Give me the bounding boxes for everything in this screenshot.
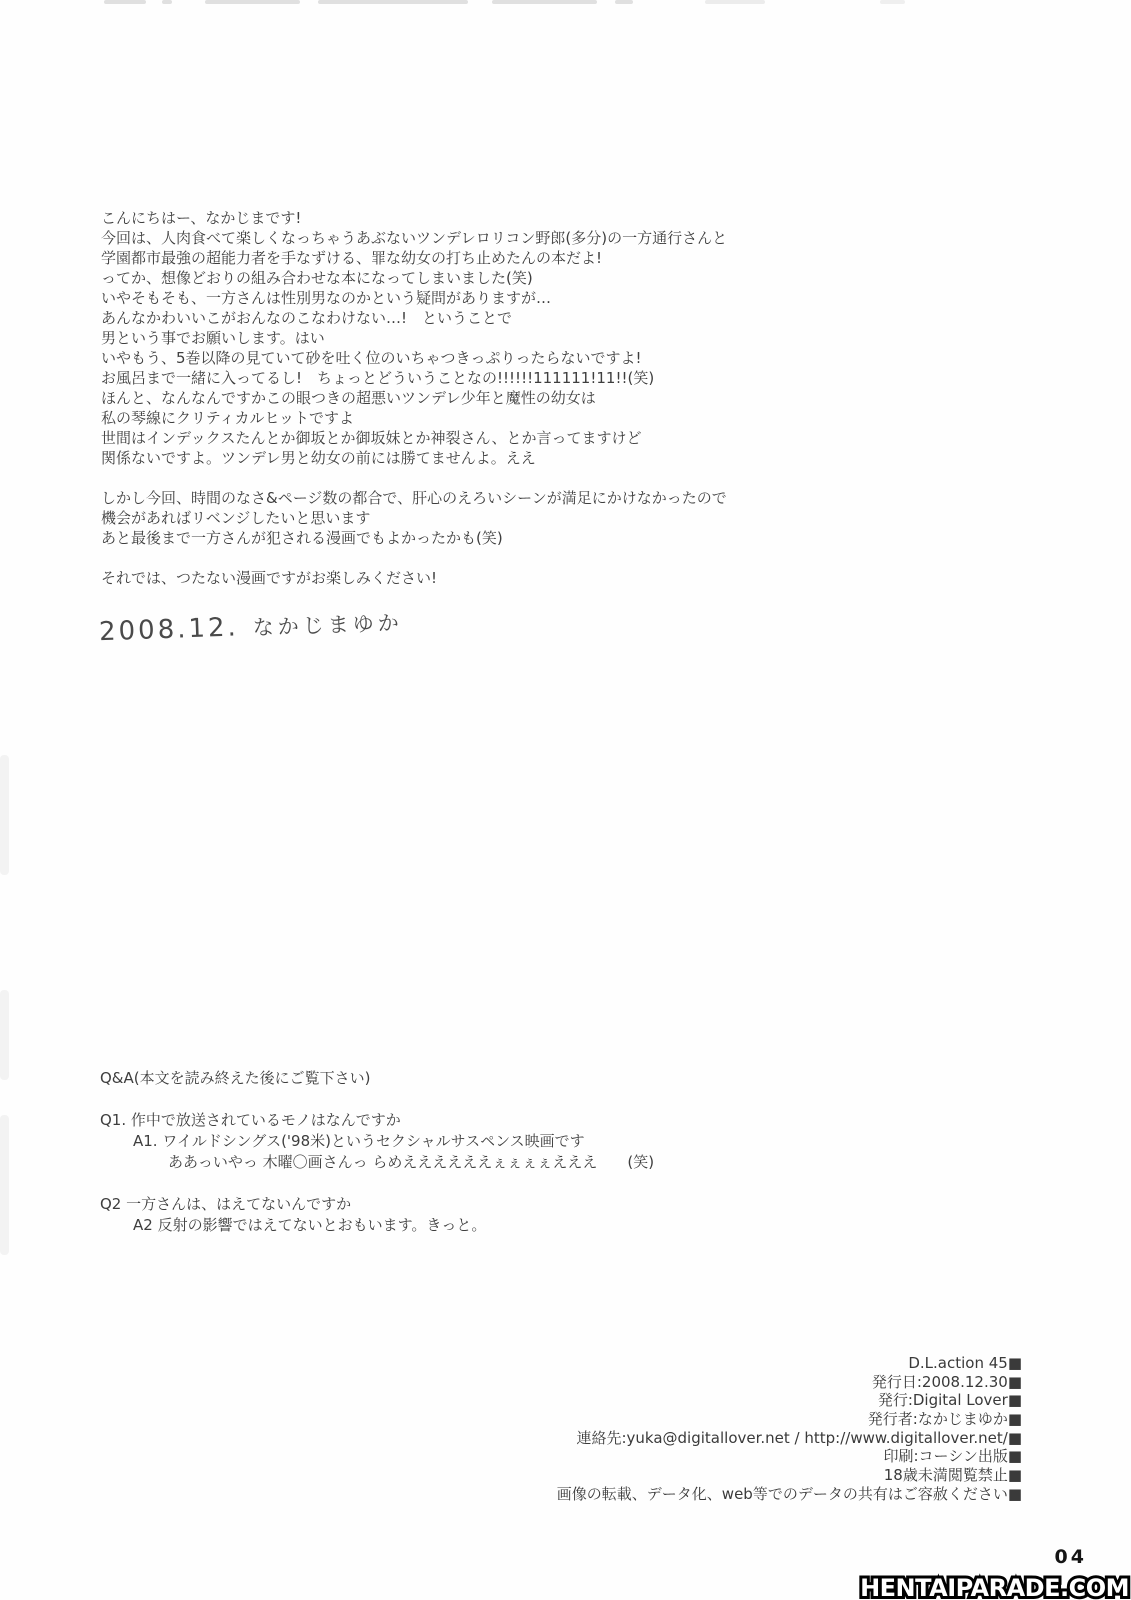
afterword-line: 関係ないですよ。ツンデレ男と幼女の前には勝てませんよ。ええ [101, 448, 727, 468]
qa-line [100, 1173, 654, 1194]
afterword-line: 男という事でお願いします。はい [101, 328, 727, 348]
qa-line: A1. ワイルドシングス('98米)というセクシャルサスペンス映画です [100, 1131, 654, 1152]
qa-line: Q&A(本文を読み終えた後にご覧下さい) [100, 1068, 654, 1089]
afterword-line: お風呂まで一緒に入ってるし! ちょっとどういうことなの!!!!!!111111!… [101, 368, 727, 388]
afterword-line: いやそもそも、一方さんは性別男なのかという疑問がありますが… [101, 288, 727, 308]
afterword-line [101, 548, 727, 568]
colophon-line: 18歳未満閲覧禁止■ [557, 1466, 1022, 1485]
afterword-text: こんにちはー、なかじまです!今回は、人肉食べて楽しくなっちゃうあぶないツンデレロ… [101, 208, 727, 588]
qa-line: ああっいやっ 木曜〇画さんっ らめええええええぇぇぇぇえええ (笑) [100, 1152, 654, 1173]
afterword-line: ほんと、なんなんですかこの眼つきの超悪いツンデレ少年と魔性の幼女は [101, 388, 727, 408]
qa-line [100, 1089, 654, 1110]
afterword-line: こんにちはー、なかじまです! [101, 208, 727, 228]
afterword-line: あと最後まで一方さんが犯される漫画でもよかったかも(笑) [101, 528, 727, 548]
qa-line: Q1. 作中で放送されているモノはなんですか [100, 1110, 654, 1131]
afterword-line: 私の琴線にクリティカルヒットですよ [101, 408, 727, 428]
colophon-line: D.L.action 45■ [557, 1354, 1022, 1373]
signature-name: なかじまゆか [252, 611, 403, 640]
colophon: D.L.action 45■発行日:2008.12.30■発行:Digital … [557, 1354, 1022, 1504]
afterword-line: それでは、つたない漫画ですがお楽しみください! [101, 568, 727, 588]
qa-line: A2 反射の影響ではえてないとおもいます。きっと。 [100, 1215, 654, 1236]
afterword-line: 世間はインデックスたんとか御坂とか御坂妹とか神裂さん、とか言ってますけど [101, 428, 727, 448]
afterword-line: しかし今回、時間のなさ&ページ数の都合で、肝心のえろいシーンが満足にかけなかった… [101, 488, 727, 508]
watermark-text: HENTAIPARADE.COM [860, 1574, 1129, 1600]
signature-date: 2008.12. [99, 612, 240, 647]
afterword-line: 学園都市最強の超能力者を手なずける、罪な幼女の打ち止めたんの本だよ! [101, 248, 727, 268]
colophon-line: 発行:Digital Lover■ [557, 1391, 1022, 1410]
afterword-line [101, 468, 727, 488]
qa-section: Q&A(本文を読み終えた後にご覧下さい)Q1. 作中で放送されているモノはなんで… [100, 1068, 654, 1236]
afterword-line: ってか、想像どおりの組み合わせな本になってしまいました(笑) [101, 268, 727, 288]
afterword-line: あんなかわいいこがおんなのこなわけない…! ということで [101, 308, 727, 328]
page-number: 04 [1055, 1546, 1087, 1568]
afterword-line: 機会があればリベンジしたいと思います [101, 508, 727, 528]
colophon-line: 印刷:コーシン出版■ [557, 1447, 1022, 1466]
colophon-line: 画像の転載、データ化、web等でのデータの共有はご容赦ください■ [557, 1485, 1022, 1504]
site-watermark: HENTAIPARADE.COM HENTAIPARADE.COM [860, 1574, 1129, 1600]
colophon-line: 発行日:2008.12.30■ [557, 1373, 1022, 1392]
colophon-line: 連絡先:yuka@digitallover.net / http://www.d… [557, 1429, 1022, 1448]
colophon-line: 発行者:なかじまゆか■ [557, 1410, 1022, 1429]
afterword-line: いやもう、5巻以降の見ていて砂を吐く位のいちゃつきっぷりったらないですよ! [101, 348, 727, 368]
afterword-line: 今回は、人肉食べて楽しくなっちゃうあぶないツンデレロリコン野郎(多分)の一方通行… [101, 228, 727, 248]
qa-line: Q2 一方さんは、はえてないんですか [100, 1194, 654, 1215]
